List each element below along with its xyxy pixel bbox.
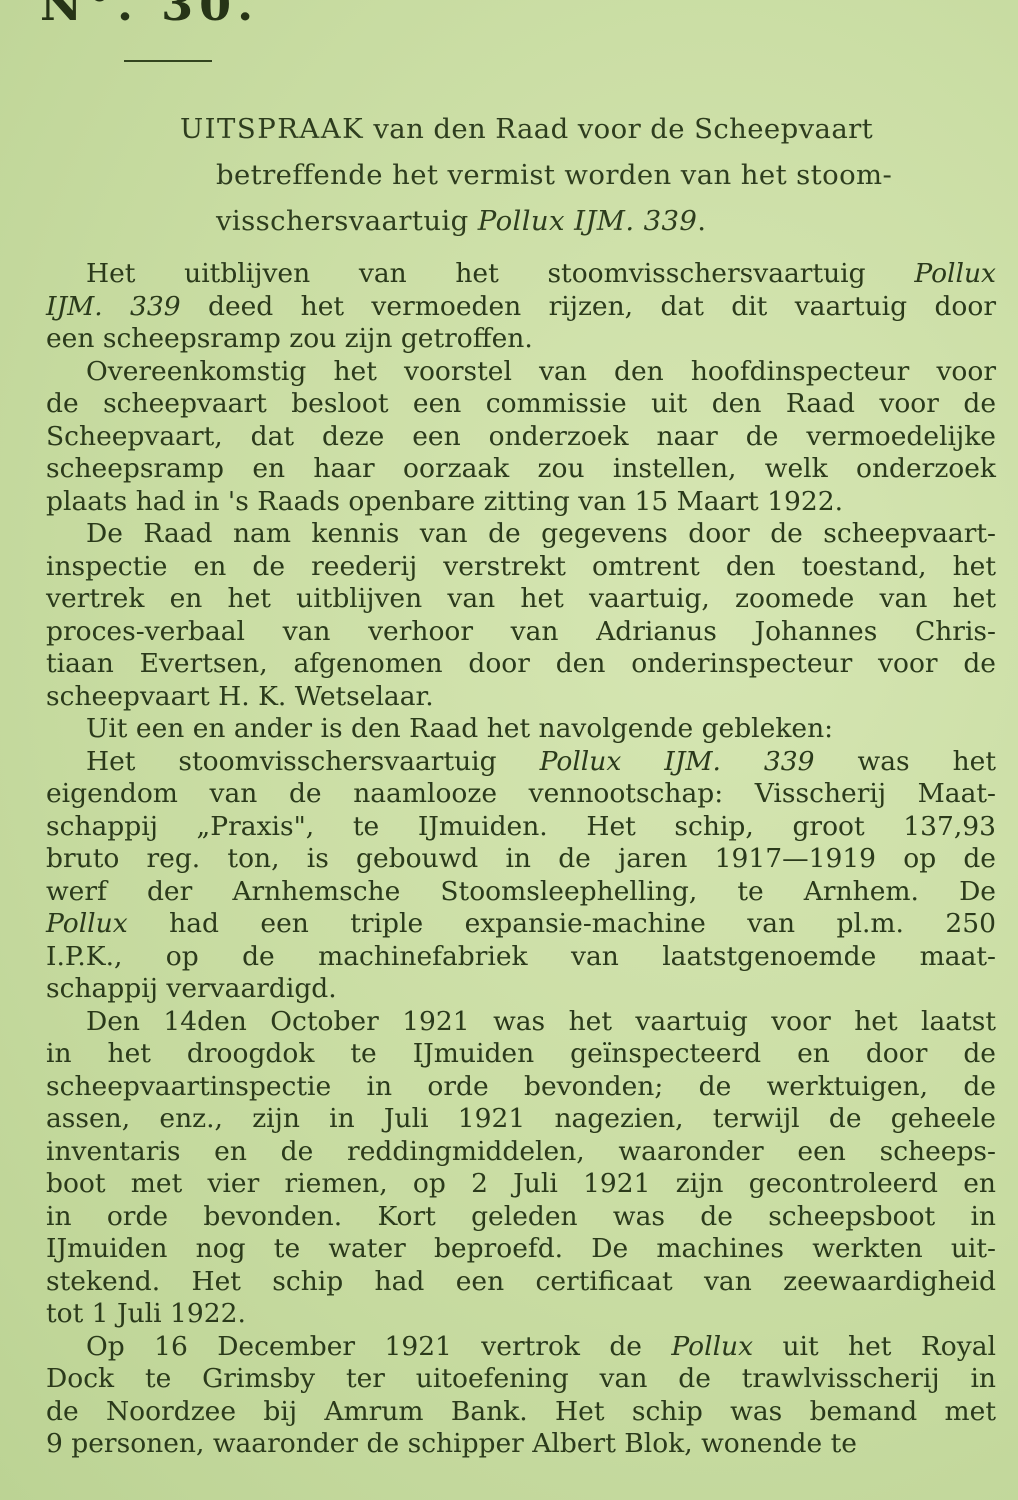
text-line: assen, enz., zijn in Juli 1921 nagezien,…	[46, 1103, 996, 1136]
text-line: tiaan Evertsen, afgenomen door den onder…	[46, 648, 996, 681]
text-line: vertrek en het uitblijven van het vaartu…	[46, 583, 996, 616]
text-line: werf der Arnhemsche Stoomsleephelling, t…	[46, 876, 996, 909]
text-line: stekend. Het schip had een certificaat v…	[46, 1266, 996, 1299]
text-line: IJM. 339 deed het vermoeden rijzen, dat …	[46, 291, 996, 324]
text-line: in orde bevonden. Kort geleden was de sc…	[46, 1201, 996, 1234]
document-number: N°. 30.	[40, 0, 259, 31]
text-line: Den 14den October 1921 was het vaartuig …	[46, 1006, 996, 1039]
text-line: de Noordzee bij Amrum Bank. Het schip wa…	[46, 1396, 996, 1429]
paragraph: De Raad nam kennis van de gegevens door …	[46, 518, 996, 713]
paragraph: Den 14den October 1921 was het vaartuig …	[46, 1006, 996, 1331]
vessel-name: Pollux	[671, 1331, 753, 1362]
text-line: Overeenkomstig het voorstel van den hoof…	[46, 356, 996, 389]
text-line: scheepvaart H. K. Wetselaar.	[46, 681, 996, 714]
vessel-name: Pollux IJM. 339	[540, 746, 815, 777]
heading-line-1: UITSPRAAK van den Raad voor de Scheepvaa…	[180, 106, 1000, 152]
text-line: Het stoomvisschersvaartuig Pollux IJM. 3…	[46, 746, 996, 779]
text-line: bruto reg. ton, is gebouwd in de jaren 1…	[46, 843, 996, 876]
text-line: schappij „Praxis", te IJmuiden. Het schi…	[46, 811, 996, 844]
text-line: tot 1 Juli 1922.	[46, 1298, 996, 1331]
text-line: eigendom van de naamlooze vennootschap: …	[46, 778, 996, 811]
document-body: Het uitblijven van het stoomvisschersvaa…	[46, 258, 996, 1461]
paragraph: Overeenkomstig het voorstel van den hoof…	[46, 356, 996, 519]
text-line: de scheepvaart besloot een commissie uit…	[46, 388, 996, 421]
text-line: boot met vier riemen, op 2 Juli 1921 zij…	[46, 1168, 996, 1201]
text-line: scheepvaartinspectie in orde bevonden; d…	[46, 1071, 996, 1104]
vessel-name: Pollux	[914, 258, 996, 289]
text-line: Het uitblijven van het stoomvisschersvaa…	[46, 258, 996, 291]
text-line: De Raad nam kennis van de gegevens door …	[46, 518, 996, 551]
paragraph: Uit een en ander is den Raad het navolge…	[46, 713, 996, 746]
paragraph: Op 16 December 1921 vertrok de Pollux ui…	[46, 1331, 996, 1461]
separator-rule	[124, 60, 212, 62]
vessel-name: Pollux	[46, 908, 128, 939]
text-line: inventaris en de reddingmiddelen, waaron…	[46, 1136, 996, 1169]
paragraph: Het uitblijven van het stoomvisschersvaa…	[46, 258, 996, 356]
text-line: inspectie en de reederij verstrekt omtre…	[46, 551, 996, 584]
text-line: 9 personen, waaronder de schipper Albert…	[46, 1428, 996, 1461]
text-line: Dock te Grimsby ter uitoefening van de t…	[46, 1363, 996, 1396]
text-line: een scheepsramp zou zijn getroffen.	[46, 323, 996, 356]
text-line: scheepsramp en haar oorzaak zou instelle…	[46, 453, 996, 486]
text-line: proces-verbaal van verhoor van Adrianus …	[46, 616, 996, 649]
text-line: Scheepvaart, dat deze een onderzoek naar…	[46, 421, 996, 454]
text-line: Pollux had een triple expansie-machine v…	[46, 908, 996, 941]
vessel-name: IJM. 339	[46, 291, 181, 322]
document-heading: UITSPRAAK van den Raad voor de Scheepvaa…	[180, 106, 1000, 244]
text-line: IJmuiden nog te water beproefd. De machi…	[46, 1233, 996, 1266]
vessel-name: Pollux IJM. 339	[478, 205, 698, 237]
heading-lead: UITSPRAAK	[180, 113, 364, 145]
text-line: Op 16 December 1921 vertrok de Pollux ui…	[46, 1331, 996, 1364]
text-line: I.P.K., op de machinefabriek van laatstg…	[46, 941, 996, 974]
paragraph: Het stoomvisschersvaartuig Pollux IJM. 3…	[46, 746, 996, 1006]
text-line: plaats had in 's Raads openbare zitting …	[46, 486, 996, 519]
text-line: Uit een en ander is den Raad het navolge…	[46, 713, 996, 746]
scanned-page: N°. 30. UITSPRAAK van den Raad voor de S…	[0, 0, 1018, 1500]
text-line: schappij vervaardigd.	[46, 973, 996, 1006]
heading-line-2: betreffende het vermist worden van het s…	[180, 152, 1000, 198]
heading-line-3: visschersvaartuig Pollux IJM. 339.	[180, 198, 1000, 244]
text-line: in het droogdok te IJmuiden geïnspecteer…	[46, 1038, 996, 1071]
